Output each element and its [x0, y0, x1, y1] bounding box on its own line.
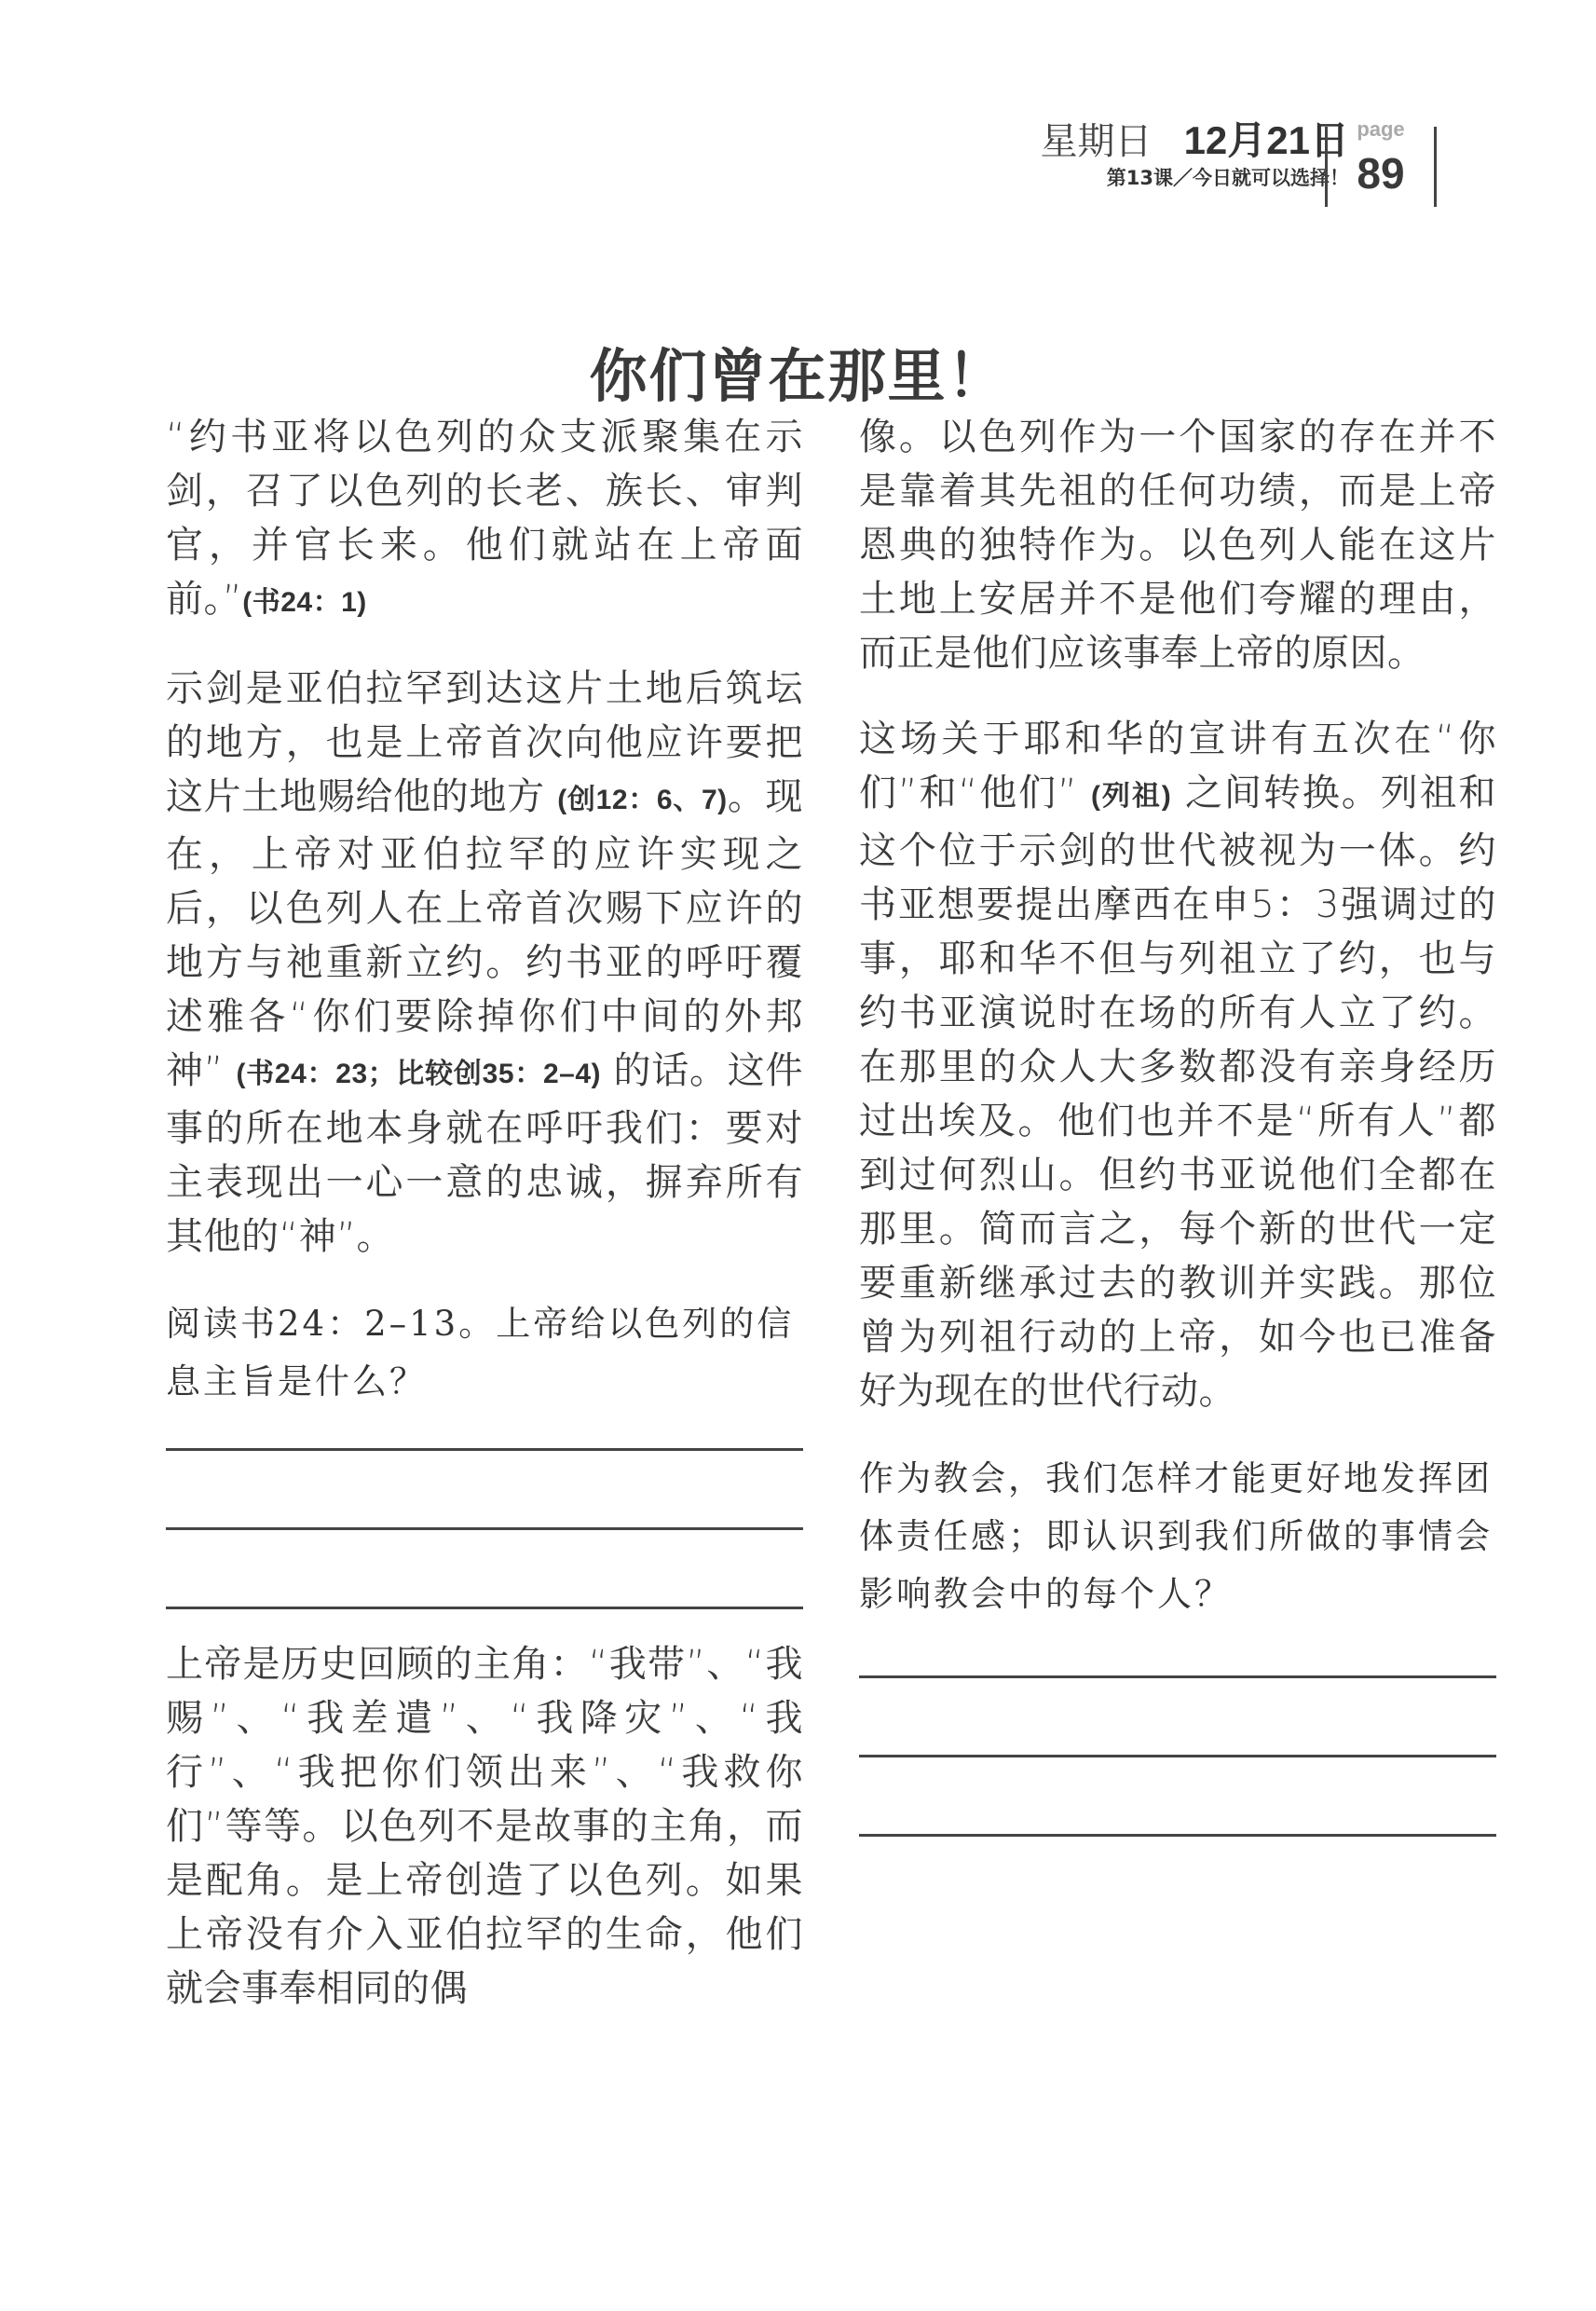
answer-lines	[859, 1675, 1496, 1837]
weekday: 星期日	[1041, 120, 1153, 163]
header-divider-left	[1325, 127, 1328, 207]
right-column: 像。以色列作为一个国家的存在并不是靠着其先祖的任何功绩，而是上帝恩典的独特作为。…	[859, 410, 1496, 1913]
body-text: 上帝是历史回顾的主角：“我带”、“我赐”、“我差遣”、“我降灾”、“我行”、“我…	[166, 1643, 803, 2010]
page-title: 你们曾在那里！	[0, 339, 1596, 414]
study-question: 阅读书24：2–13。上帝给以色列的信息主旨是什么？	[166, 1295, 803, 1411]
day-date-line: 星期日12月21日	[1041, 119, 1349, 163]
answer-line[interactable]	[166, 1448, 803, 1451]
body-text: 。现在，上帝对亚伯拉罕的应许实现之后，以色列人在上帝首次赐下应许的地方与祂重新立…	[166, 775, 803, 1092]
answer-line[interactable]	[166, 1607, 803, 1609]
answer-line[interactable]	[859, 1755, 1496, 1757]
page-header: 星期日12月21日 第13课／今日就可以选择！ page 89	[978, 112, 1556, 205]
body-paragraph: 这场关于耶和华的宣讲有五次在“你们”和“他们” (列祖) 之间转换。列祖和这个位…	[859, 712, 1496, 1418]
body-text: 之间转换。列祖和这个位于示剑的世代被视为一体。约书亚想要提出摩西在申5：3强调过…	[859, 772, 1496, 1413]
body-paragraph: 上帝是历史回顾的主角：“我带”、“我赐”、“我差遣”、“我降灾”、“我行”、“我…	[166, 1637, 803, 2016]
answer-line[interactable]	[166, 1527, 803, 1530]
answer-line[interactable]	[859, 1675, 1496, 1678]
body-paragraph: 像。以色列作为一个国家的存在并不是靠着其先祖的任何功绩，而是上帝恩典的独特作为。…	[859, 410, 1496, 680]
body-paragraph: 示剑是亚伯拉罕到达这片土地后筑坛的地方，也是上帝首次向他应许要把这片土地赐给他的…	[166, 662, 803, 1264]
scripture-reference: (列祖)	[1091, 781, 1171, 812]
header-divider-right	[1434, 127, 1437, 207]
page-label: page	[1332, 117, 1429, 142]
lesson-subtitle: 第13课／今日就可以选择！	[1041, 165, 1349, 191]
date-block: 星期日12月21日 第13课／今日就可以选择！	[1041, 119, 1349, 191]
scripture-quote-paragraph: “约书亚将以色列的众支派聚集在示剑，召了以色列的长老、族长、审判官，并官长来。他…	[166, 410, 803, 630]
scripture-reference: (书24：23；比较创35：2–4)	[236, 1059, 601, 1089]
scripture-reference: (书24：1)	[242, 587, 367, 618]
left-column: “约书亚将以色列的众支派聚集在示剑，召了以色列的长老、族长、审判官，并官长来。他…	[166, 410, 803, 2047]
body-text: 像。以色列作为一个国家的存在并不是靠着其先祖的任何功绩，而是上帝恩典的独特作为。…	[859, 416, 1496, 675]
page-number: 89	[1332, 149, 1429, 198]
scripture-reference: (创12：6、7)	[557, 785, 727, 815]
answer-lines	[166, 1448, 803, 1609]
study-question: 作为教会，我们怎样才能更好地发挥团体责任感；即认识到我们所做的事情会影响教会中的…	[859, 1450, 1496, 1623]
page-number-box: page 89	[1332, 117, 1429, 198]
answer-line[interactable]	[859, 1834, 1496, 1837]
